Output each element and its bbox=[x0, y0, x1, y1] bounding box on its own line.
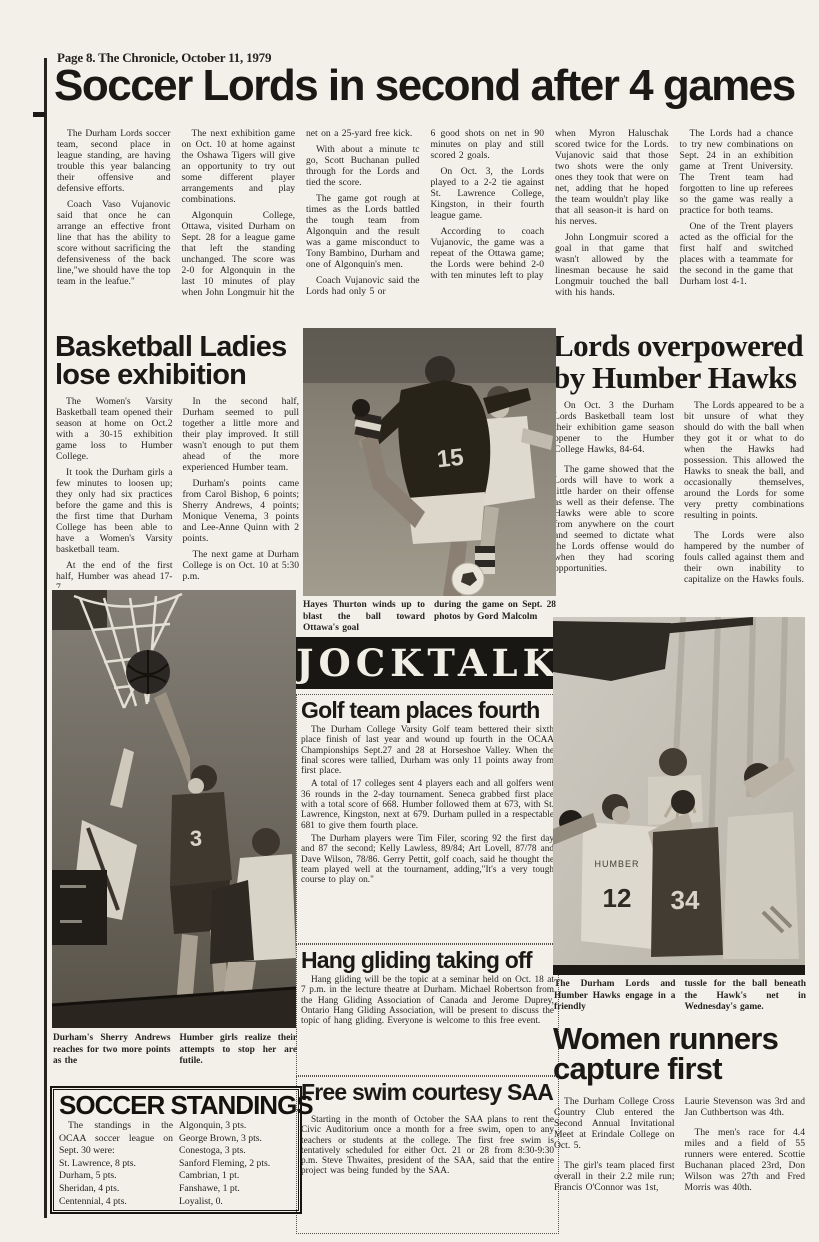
paragraph: The Durham College Varsity Golf team bet… bbox=[301, 725, 554, 776]
paragraph: John Longmuir scored a goal in that game… bbox=[555, 232, 669, 298]
paragraph: The men's race for 4.4 miles and a field… bbox=[685, 1127, 806, 1193]
paragraph: Durham's points came from Carol Bishop, … bbox=[183, 478, 300, 544]
soccer-article-col-1: The Durham Lords soccer team, second pla… bbox=[57, 128, 171, 328]
soccer-article-col-6: The Lords had a chance to try new combin… bbox=[680, 128, 794, 328]
hang-gliding-body: Hang gliding will be the topic at a semi… bbox=[301, 975, 554, 1026]
jersey-number-3: 3 bbox=[190, 826, 202, 851]
paragraph: One of the Trent players acted as the of… bbox=[680, 221, 794, 287]
free-swim-headline: Free swim courtesy SAA bbox=[301, 1081, 554, 1104]
paragraph: Fanshawe, 1 pt. bbox=[179, 1183, 293, 1196]
paragraph: Algonquin, 3 pts. bbox=[179, 1120, 293, 1133]
standings-left-teams: St. Lawrence, 8 pts.Durham, 5 pts.Sherid… bbox=[59, 1158, 173, 1208]
free-swim-article: Free swim courtesy SAA Starting in the m… bbox=[296, 1076, 559, 1234]
paragraph: On Oct. 3 the Durham Lords Basketball te… bbox=[554, 400, 674, 455]
paragraph: Coach Vujanovic said the Lords had only … bbox=[306, 275, 420, 297]
paragraph: 6 good shots on net in 90 minutes on pla… bbox=[431, 128, 545, 161]
rebound-tussle-photo: HUMBER 12 34 bbox=[553, 617, 805, 975]
paragraph: Starting in the month of October the SAA… bbox=[301, 1115, 554, 1177]
paragraph: The game showed that the Lords will have… bbox=[554, 464, 674, 574]
paragraph: Sanford Fleming, 2 pts. bbox=[179, 1158, 293, 1171]
layup-photo-caption: Durham's Sherry Andrews reaches for two … bbox=[53, 1033, 297, 1068]
caption-col: The Durham Lords and Humber Hawks engage… bbox=[554, 979, 676, 1014]
paragraph: A total of 17 colleges sent 4 players ea… bbox=[301, 779, 554, 830]
paragraph: The Women's Varsity Basketball team open… bbox=[56, 396, 173, 462]
women-runners-col-1: The Durham College Cross Country Club en… bbox=[554, 1096, 675, 1236]
paragraph: Centennial, 4 pts. bbox=[59, 1196, 173, 1209]
basketball-ladies-headline: Basketball Ladies lose exhibition bbox=[55, 333, 307, 389]
scan-edge-mark bbox=[33, 112, 45, 117]
rebound-photo-caption: The Durham Lords and Humber Hawks engage… bbox=[554, 979, 806, 1014]
lords-overpowered-col-2: The Lords appeared to be a bit unsure of… bbox=[684, 400, 804, 608]
jersey-number-15: 15 bbox=[436, 444, 465, 474]
paragraph: Hang gliding will be the topic at a semi… bbox=[301, 975, 554, 1026]
paragraph: The girl's team placed first overall in … bbox=[554, 1160, 675, 1193]
paragraph: The standings in the OCAA soccer league … bbox=[59, 1120, 173, 1158]
paragraph: The Lords were also hampered by the numb… bbox=[684, 530, 804, 585]
soccer-standings-box: SOCCER STANDINGS The standings in the OC… bbox=[50, 1086, 302, 1214]
golf-article: Golf team places fourth The Durham Colle… bbox=[296, 694, 559, 944]
paragraph: In the second half, Durham seemed to pul… bbox=[183, 396, 300, 473]
caption-col: Hayes Thurton winds up to blast the ball… bbox=[303, 600, 425, 635]
paragraph: With about a minute tc go, Scott Buchana… bbox=[306, 144, 420, 188]
jocktalk-banner: JOCKTALK bbox=[296, 637, 557, 689]
standings-intro: The standings in the OCAA soccer league … bbox=[59, 1120, 173, 1158]
paragraph: Algonquin College, Ottawa, visited Durha… bbox=[182, 210, 296, 298]
paragraph: Coach Vaso Vujanovic said that once he c… bbox=[57, 199, 171, 287]
lords-overpowered-headline: Lords overpowered by Humber Hawks bbox=[553, 330, 807, 393]
caption-col: Humber girls realize their attempts to s… bbox=[180, 1033, 298, 1068]
soccer-article-col-4: 6 good shots on net in 90 minutes on pla… bbox=[431, 128, 545, 328]
paragraph: The next exhibition game on Oct. 10 at h… bbox=[182, 128, 296, 205]
paragraph: According to coach Vujanovic, the game w… bbox=[431, 226, 545, 281]
paragraph: The Lords had a chance to try new combin… bbox=[680, 128, 794, 216]
standings-headline: SOCCER STANDINGS bbox=[59, 1092, 293, 1118]
women-runners-article: The Durham College Cross Country Club en… bbox=[554, 1096, 805, 1236]
paragraph: Durham, 5 pts. bbox=[59, 1170, 173, 1183]
paragraph: Cambrian, 1 pt. bbox=[179, 1170, 293, 1183]
lords-overpowered-article: On Oct. 3 the Durham Lords Basketball te… bbox=[554, 400, 804, 608]
paragraph: The Durham Lords soccer team, second pla… bbox=[57, 128, 171, 194]
paragraph: St. Lawrence, 8 pts. bbox=[59, 1158, 173, 1171]
scan-edge-line bbox=[44, 58, 47, 1218]
soccer-article-col-5: when Myron Haluschak scored twice for th… bbox=[555, 128, 669, 328]
caption-col: Durham's Sherry Andrews reaches for two … bbox=[53, 1033, 171, 1068]
women-runners-col-2: Laurie Stevenson was 3rd and Jan Cuthber… bbox=[685, 1096, 806, 1236]
paragraph: It took the Durham girls a few minutes t… bbox=[56, 467, 173, 555]
paragraph: Loyalist, 0. bbox=[179, 1196, 293, 1209]
jersey-team-humber: HUMBER bbox=[594, 859, 639, 869]
hang-gliding-headline: Hang gliding taking off bbox=[301, 949, 554, 972]
basketball-ladies-col-1: The Women's Varsity Basketball team open… bbox=[56, 396, 173, 588]
soccer-photo-caption: Hayes Thurton winds up to blast the ball… bbox=[303, 600, 556, 635]
layup-photo: 3 bbox=[52, 590, 296, 1028]
jersey-number-34: 34 bbox=[671, 885, 700, 915]
soccer-kick-photo: 15 bbox=[303, 328, 556, 596]
paragraph: The game got rough at times as the Lords… bbox=[306, 193, 420, 270]
paragraph: On Oct. 3, the Lords played to a 2-2 tie… bbox=[431, 166, 545, 221]
paragraph: The Durham College Cross Country Club en… bbox=[554, 1096, 675, 1151]
lords-overpowered-col-1: On Oct. 3 the Durham Lords Basketball te… bbox=[554, 400, 674, 608]
basketball-ladies-col-2: In the second half, Durham seemed to pul… bbox=[183, 396, 300, 588]
paragraph: Sheridan, 4 pts. bbox=[59, 1183, 173, 1196]
jersey-number-12: 12 bbox=[603, 883, 632, 913]
soccer-article-col-3: net on a 25-yard free kick.With about a … bbox=[306, 128, 420, 328]
newspaper-page: Page 8. The Chronicle, October 11, 1979 … bbox=[0, 0, 819, 1242]
free-swim-body: Starting in the month of October the SAA… bbox=[301, 1115, 554, 1177]
paragraph: when Myron Haluschak scored twice for th… bbox=[555, 128, 669, 227]
paragraph: The next game at Durham College is on Oc… bbox=[183, 549, 300, 582]
paragraph: George Brown, 3 pts. bbox=[179, 1133, 293, 1146]
hang-gliding-article: Hang gliding taking off Hang gliding wil… bbox=[296, 944, 559, 1076]
paragraph: Laurie Stevenson was 3rd and Jan Cuthber… bbox=[685, 1096, 806, 1118]
paragraph: At the end of the first half, Humber was… bbox=[56, 560, 173, 588]
soccer-article: The Durham Lords soccer team, second pla… bbox=[57, 128, 793, 328]
soccer-article-col-2: The next exhibition game on Oct. 10 at h… bbox=[182, 128, 296, 328]
main-headline: Soccer Lords in second after 4 games bbox=[54, 64, 806, 108]
paragraph: The Lords appeared to be a bit unsure of… bbox=[684, 400, 804, 521]
golf-body: The Durham College Varsity Golf team bet… bbox=[301, 725, 554, 885]
basketball-ladies-article: The Women's Varsity Basketball team open… bbox=[56, 396, 299, 588]
paragraph: Conestoga, 3 pts. bbox=[179, 1145, 293, 1158]
standings-right-teams: Algonquin, 3 pts.George Brown, 3 pts.Con… bbox=[179, 1120, 293, 1208]
paragraph: The Durham players were Tim Filer, scori… bbox=[301, 834, 554, 885]
golf-headline: Golf team places fourth bbox=[301, 699, 554, 722]
paragraph: net on a 25-yard free kick. bbox=[306, 128, 420, 139]
caption-col: tussle for the ball beneath the Hawk's n… bbox=[685, 979, 807, 1014]
caption-col: during the game on Sept. 28 photos by Go… bbox=[434, 600, 556, 635]
women-runners-headline: Women runners capture first bbox=[553, 1024, 805, 1085]
